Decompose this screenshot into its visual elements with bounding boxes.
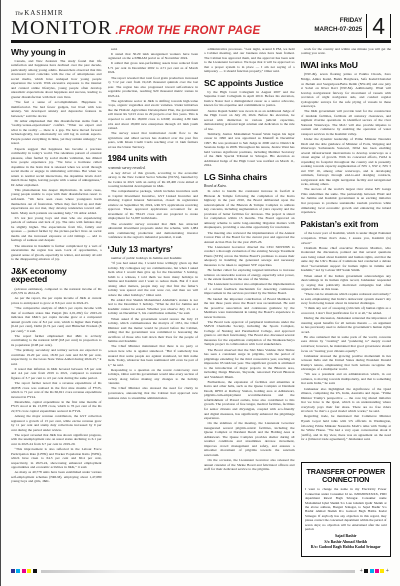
- section-label: .FROM THE FRONT PAGE: [115, 25, 260, 38]
- article-paragraph: Furthermore, the expansion of facilities…: [204, 380, 295, 421]
- article-paragraph: Similarly, Justice Mohammad Yousuf Wani …: [204, 132, 295, 168]
- article-paragraph: Jaishankar also highlighted the signific…: [301, 387, 392, 414]
- article-paragraph: It noted that inflation in J&K hovered b…: [11, 367, 102, 381]
- column-1: Why young inCanada, and New Zealand. The…: [11, 47, 102, 559]
- article-paragraph: administrative processes. “Last night, a…: [204, 47, 295, 74]
- article-paragraph: It added that gross non-performing asset…: [108, 61, 199, 75]
- brand-kashmir: KASHMIR: [24, 9, 63, 17]
- article-paragraph: Chatham House chief executive Bronwen Ma…: [301, 246, 392, 273]
- article-paragraph: He also remarked that in some parts of t…: [301, 335, 392, 353]
- article-paragraph: When asked if the Indian government ackn…: [301, 274, 392, 292]
- notice-signature: Sajad BashirS/o Bashir Ahmad SheikhR/o: …: [305, 534, 387, 550]
- registration-mark: +: [360, 569, 363, 575]
- article-paragraph: The Board observed that the Shri Mata Va…: [204, 348, 295, 380]
- column-4: work for the country and within one minu…: [301, 47, 392, 559]
- article-paragraph: Meanwhile, capital expenditure in the fi…: [11, 400, 102, 414]
- article-paragraph: “I think any sort of sweeping (criticism…: [301, 306, 392, 315]
- page-edge-line: [0, 0, 1, 586]
- print-registration-bar: ++: [0, 569, 400, 575]
- article-paragraph: The meeting also reviewed the implementa…: [204, 231, 295, 245]
- notice-signature-line: R/o: Gadood Bagh Habba Kadal Srinagar: [305, 545, 387, 550]
- article-paragraph: number of public holidays in Jammu and K…: [108, 256, 199, 261]
- article-paragraph: It’s not just young boys and men who are…: [11, 216, 102, 243]
- color-swatch: [370, 569, 374, 573]
- article-paragraph: It stated that 30.29 lakh unorganised wo…: [108, 52, 199, 61]
- article-paragraph: When asked if the government would resto…: [108, 317, 199, 344]
- article-paragraph: The report revealed that J&K has shown s…: [11, 433, 102, 447]
- article-paragraph: In order to handle the consistent increa…: [204, 189, 295, 230]
- brand-monitor: MONITOR: [11, 19, 112, 38]
- article-paragraph: The report further noted that a revenue …: [11, 381, 102, 399]
- article-paragraph: “The primary, secondary and tertiary sec…: [11, 348, 102, 366]
- article-paragraph: Dr Athar emphasised that this dissatisfa…: [11, 119, 102, 146]
- article-paragraph: This phenomenon has deeper implications.…: [11, 188, 102, 215]
- article-paragraph: The report revealed that total food grai…: [108, 76, 199, 99]
- page-number: 4: [366, 14, 391, 38]
- notice-body: I want to change the name in my Electric…: [305, 487, 387, 531]
- notice-title: TRANSFER OF POWER CONNECTION: [305, 468, 387, 484]
- article-subhead: economic survey revealed.: [108, 166, 199, 170]
- masthead: TheKASHMIR MONITOR .FROM THE FRONT PAGE …: [11, 10, 391, 38]
- date-block: FRIDAY MARCH-07-2025 4: [314, 14, 391, 38]
- color-swatch: [364, 569, 368, 573]
- article-paragraph: “If you had asked me, I would have willi…: [108, 261, 199, 297]
- article-paragraph: A key driver of this growth, according t…: [108, 171, 199, 189]
- article-paragraph: said.: [108, 47, 199, 52]
- article-paragraph: On the occasion, the Lieutenant Governor…: [204, 458, 295, 472]
- article-paragraph: of the lower part of Kashmir, which is u…: [301, 231, 392, 245]
- article-paragraph: “We see a president and an administratio…: [301, 372, 392, 386]
- article-paragraph: Canada, and New Zealand. The study found…: [11, 59, 102, 100]
- article-paragraph: He lauded the important contribution of …: [204, 297, 295, 320]
- article-paragraph: He further called for exploring targeted…: [204, 268, 295, 282]
- article-paragraph: “This improvement is also reflected in t…: [11, 447, 102, 470]
- column-3: administrative processes. “Last night, a…: [204, 47, 295, 559]
- date-label: MARCH-07-2025: [314, 26, 362, 34]
- article-headline: 1984 units with: [108, 154, 199, 163]
- article-paragraph: The report further emphasised that J&K i…: [11, 334, 102, 348]
- article-headline: ‘July 13 martyrs’: [108, 245, 199, 254]
- article-paragraph: The Chief Minister maintained that there…: [108, 344, 199, 367]
- article-headline: IWAI inks MoU: [301, 61, 392, 70]
- color-swatch: [375, 569, 379, 573]
- article-paragraph: Justice Rajesh Sekhri was sworn in as an…: [204, 109, 295, 132]
- newspaper-page: TheKASHMIR MONITOR .FROM THE FRONT PAGE …: [0, 0, 400, 559]
- article-headline: Pakistan’s exit from: [301, 220, 392, 229]
- color-swatch: [380, 569, 384, 573]
- article-paragraph: The comprehensive package, which include…: [108, 189, 199, 221]
- article-paragraph: As per the report, the per capita income…: [11, 296, 102, 305]
- article-paragraph: The Lieutenant Governor directed the CEO…: [204, 245, 295, 268]
- grayscale-strip: [41, 570, 355, 573]
- article-paragraph: by the High Court Collegium in August 20…: [204, 90, 295, 108]
- article-paragraph: The Lieutenant Governor also emphasised …: [204, 282, 295, 296]
- article-paragraph: “There can be situations which require r…: [301, 292, 392, 306]
- article-paragraph: work for the country and within one minu…: [301, 47, 392, 56]
- color-swatch: [27, 569, 31, 573]
- article-paragraph: On the sidelines of the meeting, the Lie…: [204, 421, 295, 457]
- article-paragraph: Regarding trade, he mentioned that Comme…: [301, 414, 392, 441]
- article-headline: SC appoints Justice: [204, 79, 295, 88]
- article-paragraph: The economic survey revealed that J&K ha…: [108, 222, 199, 240]
- column-2: said.It stated that 30.29 lakh unorganis…: [108, 47, 199, 559]
- color-swatch: [22, 569, 26, 573]
- day-label: FRIDAY: [314, 17, 362, 25]
- article-paragraph: Among the major revenue contributors, th…: [11, 414, 102, 432]
- transfer-of-power-notice: TRANSFER OF POWER CONNECTIONI want to ch…: [301, 462, 392, 556]
- article-paragraph: (advance estimates), compared to the nat…: [11, 287, 102, 296]
- article-paragraph: Experts suggest that happiness has becom…: [11, 147, 102, 188]
- color-swatch: [11, 569, 15, 573]
- article-paragraph: Under the dynamic leadership of Prime Mi…: [301, 137, 392, 187]
- article-headline: LG Sinha chairs: [204, 173, 295, 182]
- article-paragraph: (NW-49), seven floating jetties at Panth…: [301, 72, 392, 108]
- article-paragraph: The agriculture sector in J&K is shiftin…: [108, 99, 199, 131]
- article-paragraph: As many as 40,778 units have been establ…: [11, 470, 102, 484]
- article-paragraph: “The comparative analysis of J&K’s per c…: [11, 306, 102, 333]
- article-headline: Why young in: [11, 48, 102, 57]
- brand-logo: TheKASHMIR MONITOR: [11, 10, 112, 38]
- color-swatch: [16, 569, 20, 573]
- article-paragraph: The survey noted that institutional cred…: [108, 131, 199, 149]
- article-paragraph: The situation in Kashmir is further comp…: [11, 244, 102, 262]
- article-subhead: Board at Katra.: [204, 184, 295, 188]
- article-paragraph: He added that Sheikh Mohammad Abdullah’s…: [108, 298, 199, 316]
- date-lines: FRIDAY MARCH-07-2025: [314, 17, 366, 33]
- article-paragraph: The Chief Minister also stressed the nee…: [108, 386, 199, 400]
- article-paragraph: The Board took approval of peripheral in…: [204, 320, 295, 347]
- article-headline: J&K economy expected: [11, 267, 102, 285]
- article-paragraph: Responding to a question on the recent c…: [108, 368, 199, 386]
- article-paragraph: “We feel a sense of accomplishment. Happ…: [11, 100, 102, 118]
- article-paragraph: The J&K government will provide land for…: [301, 109, 392, 136]
- article-paragraph: During the discussion, Jaishankar reiter…: [301, 316, 392, 334]
- page-columns: Why young inCanada, and New Zealand. The…: [11, 43, 391, 559]
- registration-mark: +: [386, 569, 389, 575]
- color-swatch: [33, 569, 37, 573]
- article-paragraph: The success of the world’s largest river…: [301, 187, 392, 214]
- article-paragraph: Jaishankar stressed the growing positive…: [301, 354, 392, 372]
